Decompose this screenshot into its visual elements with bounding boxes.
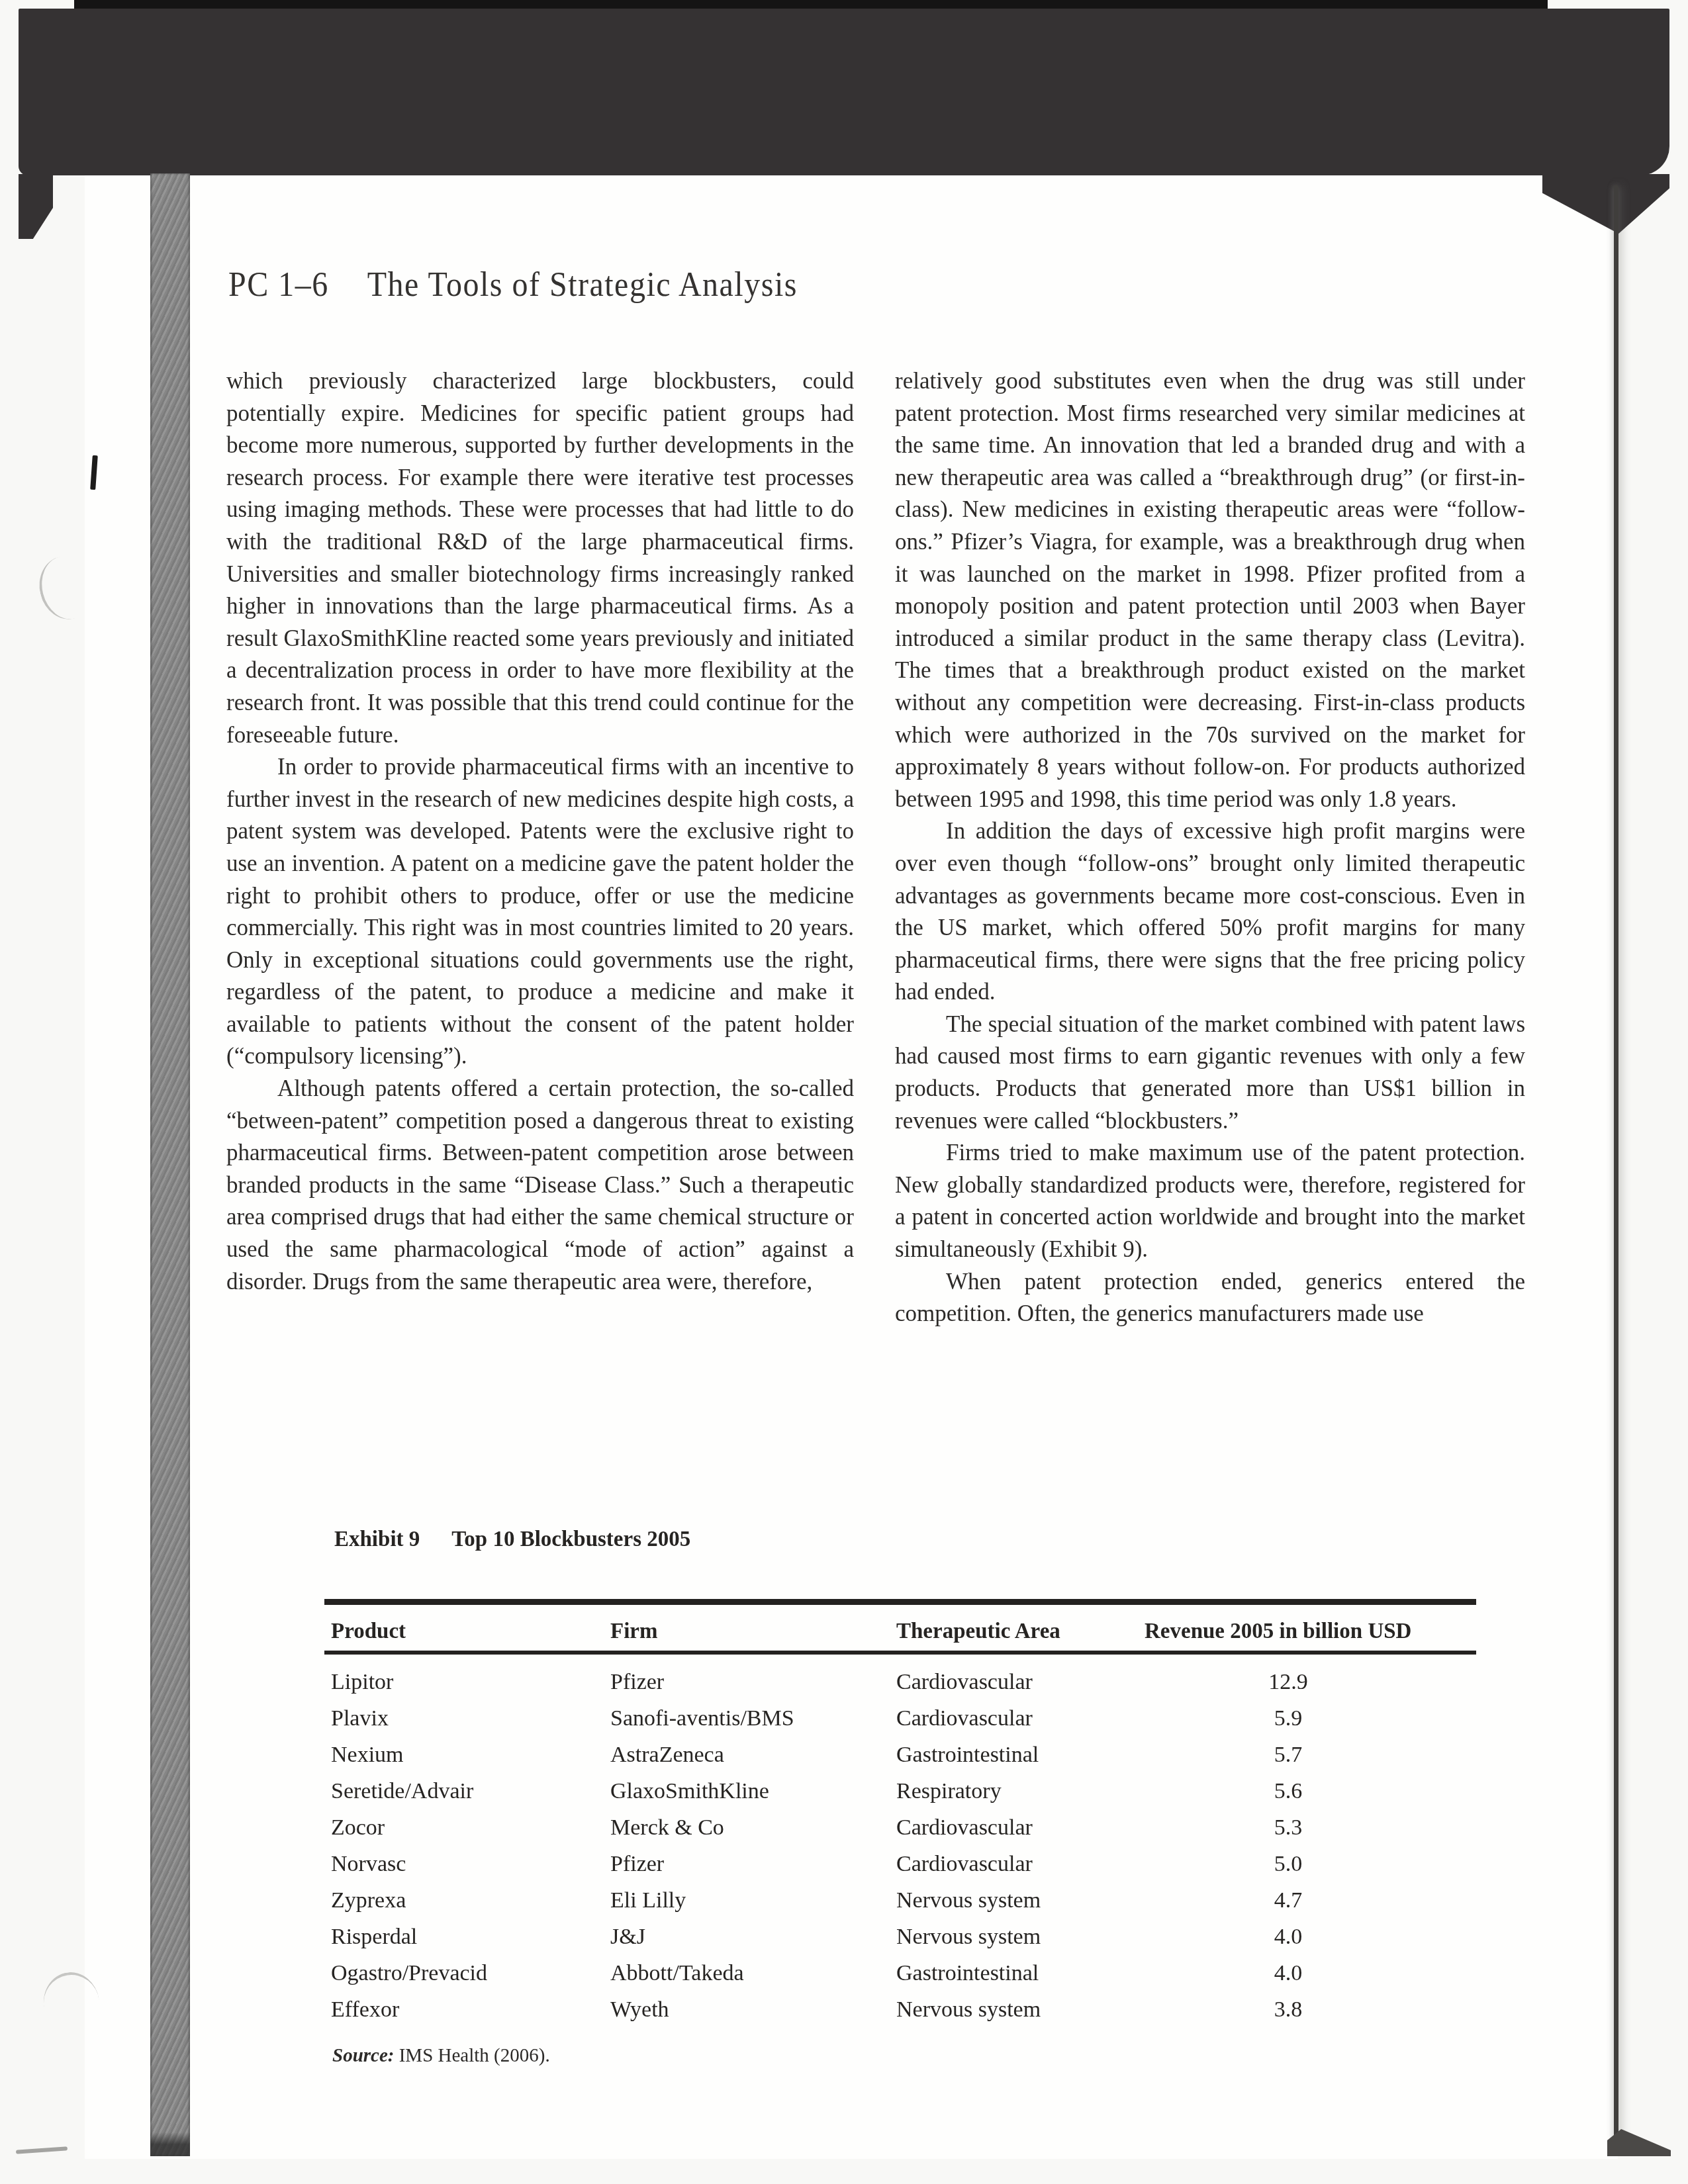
- scan-artifact-dash: [16, 2146, 68, 2154]
- cell-firm: GlaxoSmithKline: [610, 1779, 896, 1804]
- cell-revenue: 5.9: [1145, 1706, 1432, 1731]
- paragraph: In addition the days of excessive high p…: [895, 815, 1525, 1009]
- cell-product: Norvasc: [324, 1852, 610, 1877]
- table-row: Ogastro/Prevacid Abbott/Takeda Gastroint…: [324, 1955, 1476, 1991]
- cell-product: Plavix: [324, 1706, 610, 1731]
- table-row: Nexium AstraZeneca Gastrointestinal 5.7: [324, 1737, 1476, 1773]
- cell-therapeutic-area: Gastrointestinal: [896, 1961, 1145, 1986]
- cell-therapeutic-area: Cardiovascular: [896, 1670, 1145, 1695]
- running-head-title: The Tools of Strategic Analysis: [367, 265, 798, 304]
- cell-revenue: 3.8: [1145, 1997, 1432, 2023]
- scan-top-strip: [74, 0, 1548, 9]
- cell-therapeutic-area: Nervous system: [896, 1997, 1145, 2023]
- cell-firm: Merck & Co: [610, 1815, 896, 1841]
- table-source-note: Source: IMS Health (2006).: [324, 2045, 1476, 2067]
- cell-revenue: 5.0: [1145, 1852, 1432, 1877]
- cell-product: Seretide/Advair: [324, 1779, 610, 1804]
- cell-therapeutic-area: Cardiovascular: [896, 1852, 1145, 1877]
- cell-firm: Eli Lilly: [610, 1888, 896, 1913]
- cell-revenue: 5.3: [1145, 1815, 1432, 1841]
- paragraph: When patent protection ended, generics e…: [895, 1266, 1525, 1330]
- table-row: Plavix Sanofi-aventis/BMS Cardiovascular…: [324, 1700, 1476, 1737]
- cell-therapeutic-area: Nervous system: [896, 1925, 1145, 1950]
- paragraph: Firms tried to make maximum use of the p…: [895, 1137, 1525, 1265]
- cell-firm: Abbott/Takeda: [610, 1961, 896, 1986]
- paragraph: which previously characterized large blo…: [226, 365, 854, 751]
- cell-firm: AstraZeneca: [610, 1743, 896, 1768]
- scan-dark-header-block: [19, 9, 1669, 175]
- text-column-right: relatively good substitutes even when th…: [895, 365, 1525, 1330]
- table-body: Lipitor Pfizer Cardiovascular 12.9 Plavi…: [324, 1655, 1476, 2028]
- cell-revenue: 12.9: [1145, 1670, 1432, 1695]
- exhibit-label: Exhibit 9: [334, 1527, 420, 1551]
- column-header-revenue: Revenue 2005 in billion USD: [1145, 1619, 1432, 1644]
- table-row: Risperdal J&J Nervous system 4.0: [324, 1919, 1476, 1955]
- column-header-product: Product: [324, 1619, 610, 1644]
- table-header-row: Product Firm Therapeutic Area Revenue 20…: [324, 1605, 1476, 1644]
- table-top-rule: [324, 1599, 1476, 1605]
- cell-revenue: 5.7: [1145, 1743, 1432, 1768]
- cell-firm: Sanofi-aventis/BMS: [610, 1706, 896, 1731]
- table-row: Seretide/Advair GlaxoSmithKline Respirat…: [324, 1773, 1476, 1809]
- cell-product: Effexor: [324, 1997, 610, 2023]
- cell-product: Zyprexa: [324, 1888, 610, 1913]
- exhibit-title: Top 10 Blockbusters 2005: [451, 1527, 690, 1551]
- text-column-left: which previously characterized large blo…: [226, 365, 854, 1298]
- cell-revenue: 4.7: [1145, 1888, 1432, 1913]
- cell-product: Ogastro/Prevacid: [324, 1961, 610, 1986]
- cell-product: Lipitor: [324, 1670, 610, 1695]
- cell-therapeutic-area: Gastrointestinal: [896, 1743, 1145, 1768]
- cell-firm: Wyeth: [610, 1997, 896, 2023]
- exhibit-heading: Exhibit 9Top 10 Blockbusters 2005: [334, 1527, 690, 1552]
- table-row: Lipitor Pfizer Cardiovascular 12.9: [324, 1664, 1476, 1700]
- scan-dark-block-left-tail: [19, 174, 53, 239]
- table-row: Effexor Wyeth Nervous system 3.8: [324, 1991, 1476, 2028]
- table-row: Zyprexa Eli Lilly Nervous system 4.7: [324, 1882, 1476, 1919]
- cell-product: Zocor: [324, 1815, 610, 1841]
- exhibit-table: Product Firm Therapeutic Area Revenue 20…: [324, 1599, 1476, 2067]
- cell-therapeutic-area: Cardiovascular: [896, 1815, 1145, 1841]
- running-head: PC 1–6The Tools of Strategic Analysis: [228, 265, 798, 305]
- paragraph: Although patents offered a certain prote…: [226, 1073, 854, 1298]
- cell-therapeutic-area: Nervous system: [896, 1888, 1145, 1913]
- paragraph: relatively good substitutes even when th…: [895, 365, 1525, 815]
- page-right-edge-line: [1614, 185, 1618, 2146]
- paragraph: In order to provide pharmaceutical firms…: [226, 751, 854, 1073]
- cell-revenue: 5.6: [1145, 1779, 1432, 1804]
- source-text: IMS Health (2006).: [394, 2045, 549, 2066]
- running-head-course-code: PC 1–6: [228, 265, 329, 304]
- source-label: Source:: [332, 2045, 394, 2066]
- table-row: Zocor Merck & Co Cardiovascular 5.3: [324, 1809, 1476, 1846]
- cell-therapeutic-area: Cardiovascular: [896, 1706, 1145, 1731]
- cell-therapeutic-area: Respiratory: [896, 1779, 1145, 1804]
- cell-revenue: 4.0: [1145, 1961, 1432, 1986]
- cell-firm: Pfizer: [610, 1852, 896, 1877]
- cell-firm: Pfizer: [610, 1670, 896, 1695]
- scanned-book-page: { "running_head": { "course_code": "PC 1…: [0, 0, 1688, 2184]
- column-header-firm: Firm: [610, 1619, 896, 1644]
- table-row: Norvasc Pfizer Cardiovascular 5.0: [324, 1846, 1476, 1882]
- cell-product: Nexium: [324, 1743, 610, 1768]
- cell-firm: J&J: [610, 1925, 896, 1950]
- cell-product: Risperdal: [324, 1925, 610, 1950]
- column-header-therapeutic-area: Therapeutic Area: [896, 1619, 1145, 1644]
- cell-revenue: 4.0: [1145, 1925, 1432, 1950]
- paragraph: The special situation of the market comb…: [895, 1009, 1525, 1137]
- binding-shadow-band: [150, 173, 190, 2156]
